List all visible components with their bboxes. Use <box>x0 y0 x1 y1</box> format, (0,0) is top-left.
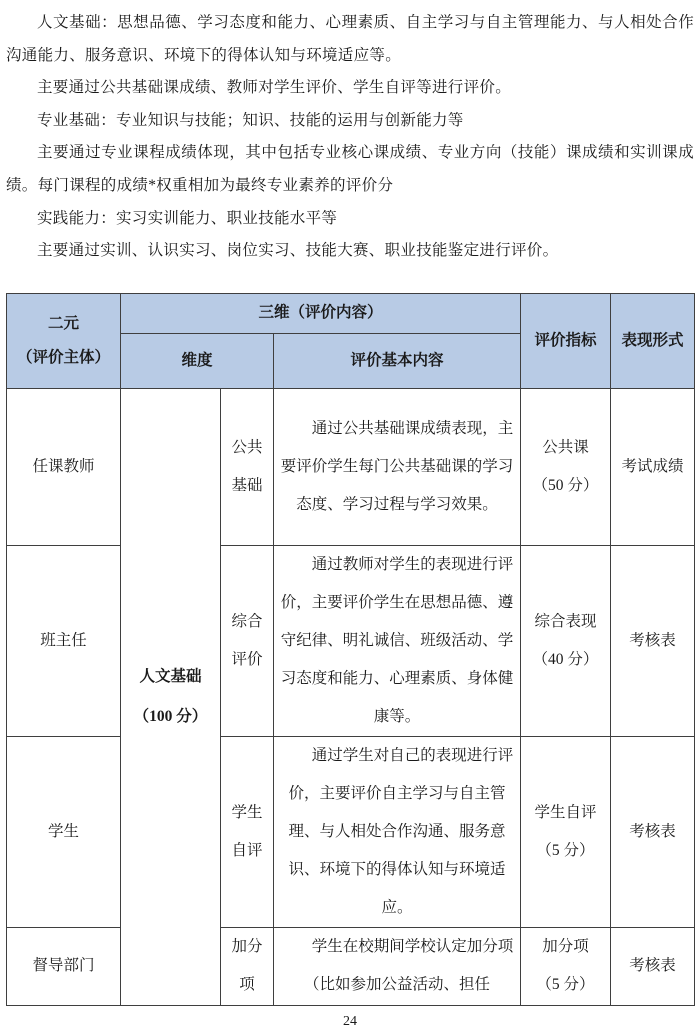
indicator-line1: 加分项 <box>521 928 610 966</box>
paragraph-humanities-basis: 人文基础：思想品德、学习态度和能力、心理素质、自主学习与自主管理能力、与人相处合… <box>6 7 694 72</box>
indicator-line2: （40 分） <box>521 641 610 679</box>
content-text: 学生在校期间学校认定加分项（比如参加公益活动、担任 <box>274 928 520 1004</box>
content-text: 通过学生对自己的表现进行评价，主要评价自主学习与自主管理、与人相处合作沟通、服务… <box>274 737 520 927</box>
cell-indicator-bonus-item: 加分项 （5 分） <box>521 927 611 1005</box>
header-cell-dimension-group: 三维（评价内容） <box>121 293 521 333</box>
indicator-line1: 综合表现 <box>521 603 610 641</box>
dimension-line2: 项 <box>221 966 273 1004</box>
document-page: 人文基础：思想品德、学习态度和能力、心理素质、自主学习与自主管理能力、与人相处合… <box>0 0 700 1031</box>
cell-category-humanities: 人文基础 （100 分） <box>121 388 221 1005</box>
cell-subject-student: 学生 <box>7 736 121 927</box>
cell-form-exam-score: 考试成绩 <box>611 388 695 545</box>
cell-dimension-public-basis: 公共 基础 <box>221 388 274 545</box>
header-cell-dimension: 维度 <box>121 333 274 388</box>
dimension-line1: 公共 <box>221 429 273 467</box>
dimension-line2: 自评 <box>221 832 273 870</box>
table-row-supervision: 督导部门 加分 项 学生在校期间学校认定加分项（比如参加公益活动、担任 加分项 … <box>7 927 695 1005</box>
indicator-line1: 学生自评 <box>521 794 610 832</box>
table-row-head-teacher: 班主任 综合 评价 通过教师对学生的表现进行评价，主要评价学生在思想品德、遵守纪… <box>7 545 695 736</box>
dimension-line1: 综合 <box>221 603 273 641</box>
cell-indicator-self-evaluation: 学生自评 （5 分） <box>521 736 611 927</box>
cell-subject-head-teacher: 班主任 <box>7 545 121 736</box>
paragraph-humanities-evaluation: 主要通过公共基础课成绩、教师对学生评价、学生自评等进行评价。 <box>6 72 694 105</box>
dimension-line2: 评价 <box>221 641 273 679</box>
indicator-line2: （5 分） <box>521 832 610 870</box>
paragraph-practical-ability: 实践能力：实习实训能力、职业技能水平等 <box>6 203 694 236</box>
dimension-line1: 学生 <box>221 794 273 832</box>
header-cell-indicator: 评价指标 <box>521 293 611 388</box>
table-row-student: 学生 学生 自评 通过学生对自己的表现进行评价，主要评价自主学习与自主管理、与人… <box>7 736 695 927</box>
cell-dimension-self-evaluation: 学生 自评 <box>221 736 274 927</box>
page-number: 24 <box>6 1013 694 1031</box>
header-subject-line2: （评价主体） <box>7 341 120 375</box>
cell-subject-teacher: 任课教师 <box>7 388 121 545</box>
indicator-line2: （5 分） <box>521 966 610 1004</box>
table-row-teacher: 任课教师 人文基础 （100 分） 公共 基础 通过公共基础课成绩表现，主要评价… <box>7 388 695 545</box>
dimension-line1: 加分 <box>221 928 273 966</box>
header-cell-subject: 二元 （评价主体） <box>7 293 121 388</box>
paragraph-practical-evaluation: 主要通过实训、认识实习、岗位实习、技能大赛、职业技能鉴定进行评价。 <box>6 235 694 268</box>
cell-content-student: 通过学生对自己的表现进行评价，主要评价自主学习与自主管理、与人相处合作沟通、服务… <box>274 736 521 927</box>
indicator-line2: （50 分） <box>521 467 610 505</box>
paragraph-professional-evaluation: 主要通过专业课程成绩体现，其中包括专业核心课成绩、专业方向（技能）课成绩和实训课… <box>6 137 694 202</box>
cell-content-teacher: 通过公共基础课成绩表现，主要评价学生每门公共基础课的学习态度、学习过程与学习效果… <box>274 388 521 545</box>
paragraph-professional-basis: 专业基础：专业知识与技能；知识、技能的运用与创新能力等 <box>6 105 694 138</box>
evaluation-table: 二元 （评价主体） 三维（评价内容） 评价指标 表现形式 维度 评价基本内容 任… <box>6 293 695 1006</box>
cell-dimension-bonus-item: 加分 项 <box>221 927 274 1005</box>
content-text: 通过公共基础课成绩表现，主要评价学生每门公共基础课的学习态度、学习过程与学习效果… <box>274 410 520 524</box>
cell-indicator-public-course: 公共课 （50 分） <box>521 388 611 545</box>
cell-dimension-comprehensive: 综合 评价 <box>221 545 274 736</box>
category-line1: 人文基础 <box>121 657 220 697</box>
content-text: 通过教师对学生的表现进行评价，主要评价学生在思想品德、遵守纪律、明礼诚信、班级活… <box>274 546 520 736</box>
dimension-line2: 基础 <box>221 467 273 505</box>
header-cell-form: 表现形式 <box>611 293 695 388</box>
indicator-line1: 公共课 <box>521 429 610 467</box>
category-line2: （100 分） <box>121 697 220 737</box>
cell-form-assessment-sheet: 考核表 <box>611 545 695 736</box>
cell-content-head-teacher: 通过教师对学生的表现进行评价，主要评价学生在思想品德、遵守纪律、明礼诚信、班级活… <box>274 545 521 736</box>
cell-indicator-comprehensive: 综合表现 （40 分） <box>521 545 611 736</box>
table-header-row-1: 二元 （评价主体） 三维（评价内容） 评价指标 表现形式 <box>7 293 695 333</box>
header-subject-line1: 二元 <box>7 307 120 341</box>
cell-content-supervision: 学生在校期间学校认定加分项（比如参加公益活动、担任 <box>274 927 521 1005</box>
cell-subject-supervision: 督导部门 <box>7 927 121 1005</box>
cell-form-assessment-sheet: 考核表 <box>611 927 695 1005</box>
header-cell-content: 评价基本内容 <box>274 333 521 388</box>
cell-form-assessment-sheet: 考核表 <box>611 736 695 927</box>
